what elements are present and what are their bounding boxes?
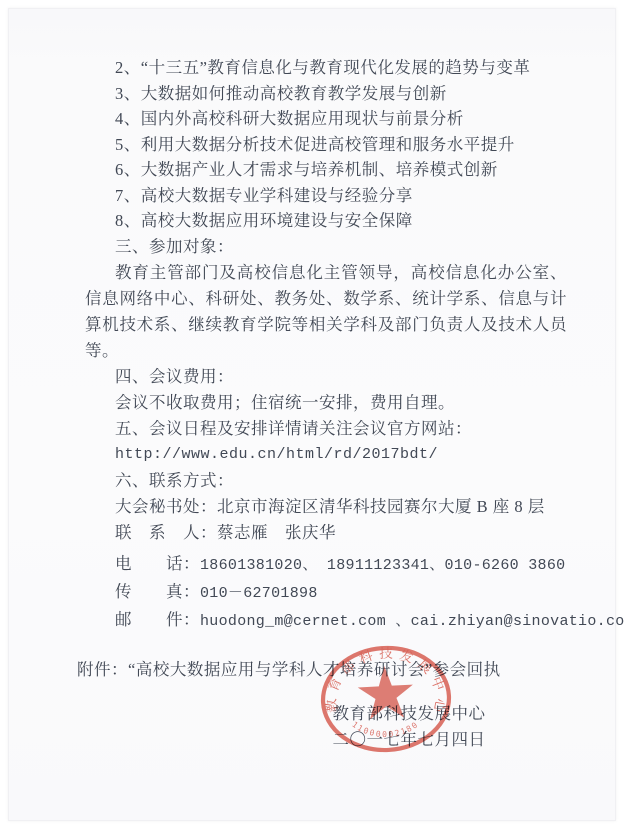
contact-row: 联 系 人：蔡志雁 张庆华	[85, 520, 567, 546]
contact-label: 联 系 人：	[115, 523, 217, 542]
contact-row: 邮 件：huodong_m@cernet.com 、cai.zhiyan@sin…	[85, 607, 567, 635]
attachment-note: 附件：“高校大数据应用与学科人才培养研讨会”参会回执	[77, 657, 567, 683]
agenda-item: 8、高校大数据应用环境建设与安全保障	[85, 208, 567, 234]
contact-value: 18601381020、 18911123341、010-6260 3860	[200, 557, 565, 574]
contact-label: 传 真：	[115, 582, 200, 601]
signature-block: 教育部科技发展中心 二〇一七年七月四日	[309, 701, 509, 753]
contact-value: 北京市海淀区清华科技园赛尔大厦 B 座 8 层	[217, 497, 545, 516]
contact-value: 蔡志雁 张庆华	[217, 523, 336, 542]
agenda-list: 2、“十三五”教育信息化与教育现代化发展的趋势与变革3、大数据如何推动高校教育教…	[85, 55, 567, 234]
signature-date: 二〇一七年七月四日	[309, 727, 509, 753]
contact-label: 邮 件：	[115, 610, 200, 629]
section4-heading: 四、会议费用：	[85, 364, 567, 390]
contact-row: 传 真：010－62701898	[85, 579, 567, 607]
agenda-item: 7、高校大数据专业学科建设与经验分享	[85, 183, 567, 209]
contact-row: 电 话：18601381020、 18911123341、010-6260 38…	[85, 551, 567, 579]
section5-heading: 五、会议日程及安排详情请关注会议官方网站：	[85, 416, 567, 442]
signature-org: 教育部科技发展中心	[309, 701, 509, 727]
agenda-item: 3、大数据如何推动高校教育教学发展与创新	[85, 81, 567, 107]
contact-label: 大会秘书处：	[115, 497, 217, 516]
contact-row: 大会秘书处：北京市海淀区清华科技园赛尔大厦 B 座 8 层	[85, 494, 567, 520]
contact-value: huodong_m@cernet.com 、cai.zhiyan@sinovat…	[200, 613, 624, 630]
section3-body: 教育主管部门及高校信息化主管领导，高校信息化办公室、信息网络中心、科研处、教务处…	[85, 260, 567, 364]
contact-label: 电 话：	[115, 554, 200, 573]
scanned-page: 2、“十三五”教育信息化与教育现代化发展的趋势与变革3、大数据如何推动高校教育教…	[8, 8, 616, 821]
contact-rows: 大会秘书处：北京市海淀区清华科技园赛尔大厦 B 座 8 层 联 系 人：蔡志雁 …	[85, 494, 567, 635]
agenda-item: 2、“十三五”教育信息化与教育现代化发展的趋势与变革	[85, 55, 567, 81]
section4-body: 会议不收取费用；住宿统一安排，费用自理。	[85, 390, 567, 416]
contact-value: 010－62701898	[200, 585, 318, 602]
document-body: 2、“十三五”教育信息化与教育现代化发展的趋势与变革3、大数据如何推动高校教育教…	[9, 9, 615, 683]
agenda-item: 5、利用大数据分析技术促进高校管理和服务水平提升	[85, 132, 567, 158]
agenda-item: 4、国内外高校科研大数据应用现状与前景分析	[85, 106, 567, 132]
agenda-item: 6、大数据产业人才需求与培养机制、培养模式创新	[85, 157, 567, 183]
section6-heading: 六、联系方式：	[85, 468, 567, 494]
conference-url: http://www.edu.cn/html/rd/2017bdt/	[85, 442, 567, 468]
section3-heading: 三、参加对象：	[85, 234, 567, 260]
